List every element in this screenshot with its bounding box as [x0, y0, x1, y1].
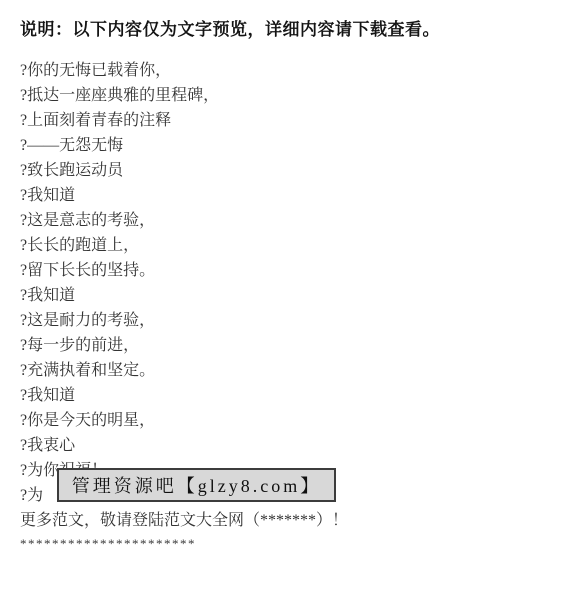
preview-line: ?上面刻着青春的注释	[20, 108, 578, 133]
watermark-stamp: 管理资源吧【glzy8.com】	[57, 468, 336, 502]
preview-line: ?致长跑运动员	[20, 158, 578, 183]
preview-line: ?抵达一座座典雅的里程碑，	[20, 83, 578, 108]
preview-line: ?留下长长的坚持。	[20, 258, 578, 283]
preview-line: ?每一步的前进，	[20, 333, 578, 358]
preview-line: ?充满执着和坚定。	[20, 358, 578, 383]
footer-note: 更多范文，敬请登陆范文大全网（*******）！	[20, 508, 578, 533]
preview-line: ?——无怨无悔	[20, 133, 578, 158]
preview-line: ?我衷心	[20, 433, 578, 458]
preview-line: ?你的无悔已载着你，	[20, 58, 578, 83]
preview-line: ?长长的跑道上，	[20, 233, 578, 258]
preview-line: ?我知道	[20, 383, 578, 408]
preview-line: ?这是意志的考验，	[20, 208, 578, 233]
preview-notice: 说明：以下内容仅为文字预览，详细内容请下载查看。	[20, 20, 578, 40]
document-preview-page: 说明：以下内容仅为文字预览，详细内容请下载查看。 ?你的无悔已载着你， ?抵达一…	[0, 0, 578, 600]
separator-dots: **********************	[20, 533, 578, 555]
preview-line: ?我知道	[20, 283, 578, 308]
preview-line: ?你是今天的明星，	[20, 408, 578, 433]
preview-text-block: ?你的无悔已载着你， ?抵达一座座典雅的里程碑， ?上面刻着青春的注释 ?——无…	[20, 58, 578, 508]
preview-line: ?这是耐力的考验，	[20, 308, 578, 333]
watermark-text: 管理资源吧【glzy8.com】	[72, 472, 321, 498]
preview-line: ?我知道	[20, 183, 578, 208]
